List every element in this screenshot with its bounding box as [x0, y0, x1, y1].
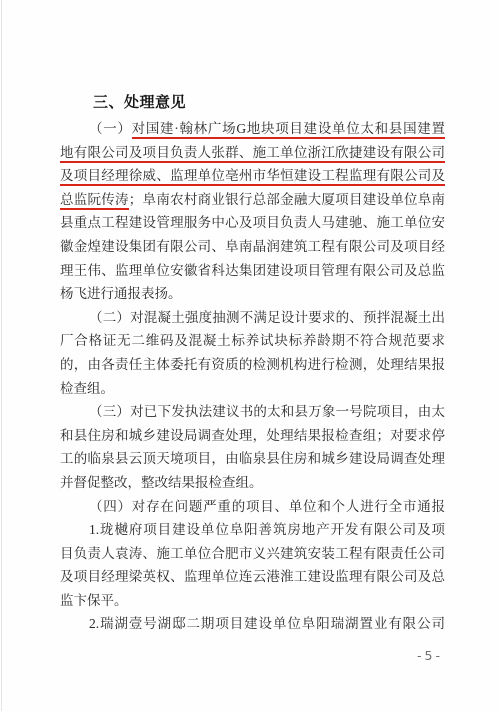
text-segment: 1.珑樾府项目建设单位阜阳善筑房地产开发有限公司及项 — [89, 522, 445, 537]
text-line: 及项目经理梁英权、监理单位连云港淮工建设监理有限公司及总 — [60, 565, 445, 589]
text-line: 监卞保平。 — [60, 589, 445, 613]
text-line: 杨飞进行通报表扬。 — [60, 282, 445, 306]
text-line: 县重点工程建设管理服务中心及项目负责人马建驰、施工单位安 — [60, 211, 445, 235]
red-underlined-text: 及项目经理徐威、监理单位亳州市华恒建设工程监理有限公司及 — [60, 168, 445, 186]
text-line: 并督促整改，整改结果报检查组。 — [60, 471, 445, 495]
text-line: 总监阮传涛；阜南农村商业银行总部金融大厦项目建设单位阜南 — [60, 188, 445, 212]
text-line: 1.珑樾府项目建设单位阜阳善筑房地产开发有限公司及项 — [60, 518, 445, 542]
document-body: （一）对国建·翰林广场G地块项目建设单位太和县国建置地有限公司及项目负责人张群、… — [60, 117, 445, 636]
text-segment: 监卞保平。 — [60, 593, 128, 608]
page-number: -5- — [417, 648, 443, 663]
text-segment: 及项目经理梁英权、监理单位连云港淮工建设监理有限公司及总 — [60, 569, 445, 584]
text-segment: 和县住房和城乡建设局调查处理，处理结果报检查组；对要求停 — [60, 428, 445, 443]
text-line: （三）对已下发执法建议书的太和县万象一号院项目，由太 — [60, 400, 445, 424]
text-segment: 理王伟、监理单位安徽省科达集团建设项目管理有限公司及总监 — [60, 263, 445, 278]
text-line: 徽金煌建设集团有限公司、阜南晶润建筑工程有限公司及项目经 — [60, 235, 445, 259]
text-line: 检查组。 — [60, 377, 445, 401]
text-line: 工的临泉县云顶天境项目，由临泉县住房和城乡建设局调查处理 — [60, 447, 445, 471]
text-segment: 杨飞进行通报表扬。 — [60, 286, 182, 301]
text-segment: （二）对混凝土强度抽测不满足设计要求的、预拌混凝土出 — [89, 310, 445, 325]
text-line: 厂合格证无二维码及混凝土标养试块标养龄期不符合规范要求 — [60, 329, 445, 353]
text-segment: 工的临泉县云顶天境项目，由临泉县住房和城乡建设局调查处理 — [60, 451, 445, 466]
red-underlined-text: 对国建·翰林广场G地块项目建设单位太和县国建置 — [132, 121, 445, 139]
red-underlined-text: 地有限公司及项目负责人张群、施工单位浙江欣捷建设有限公司 — [60, 145, 445, 163]
text-line: 和县住房和城乡建设局调查处理，处理结果报检查组；对要求停 — [60, 424, 445, 448]
text-segment: 检查组。 — [60, 381, 114, 396]
text-line: 的，由各责任主体委托有资质的检测机构进行检测，处理结果报 — [60, 353, 445, 377]
text-line: 目负责人袁涛、施工单位合肥市义兴建筑安装工程有限责任公司 — [60, 542, 445, 566]
text-line: 理王伟、监理单位安徽省科达集团建设项目管理有限公司及总监 — [60, 259, 445, 283]
text-line: （一）对国建·翰林广场G地块项目建设单位太和县国建置 — [60, 117, 445, 141]
text-segment: ；阜南农村商业银行总部金融大厦项目建设单位阜南 — [129, 192, 445, 207]
text-segment: （三）对已下发执法建议书的太和县万象一号院项目，由太 — [89, 404, 445, 419]
text-segment: 县重点工程建设管理服务中心及项目负责人马建驰、施工单位安 — [60, 215, 445, 230]
text-line: （二）对混凝土强度抽测不满足设计要求的、预拌混凝土出 — [60, 306, 445, 330]
text-segment: （一） — [89, 121, 132, 136]
text-line: 及项目经理徐威、监理单位亳州市华恒建设工程监理有限公司及 — [60, 164, 445, 188]
text-segment: 并督促整改，整改结果报检查组。 — [60, 475, 263, 490]
red-underlined-text: 总监阮传涛 — [60, 192, 129, 210]
scanned-document-page: 三、处理意见 （一）对国建·翰林广场G地块项目建设单位太和县国建置地有限公司及项… — [0, 0, 500, 711]
text-segment: 目负责人袁涛、施工单位合肥市义兴建筑安装工程有限责任公司 — [60, 546, 445, 561]
text-segment: （四）对存在问题严重的项目、单位和个人进行全市通报 — [89, 499, 445, 514]
text-segment: 厂合格证无二维码及混凝土标养试块标养龄期不符合规范要求 — [60, 333, 445, 348]
text-line: （四）对存在问题严重的项目、单位和个人进行全市通报 — [60, 495, 445, 519]
scan-edge-artifact — [1, 0, 2, 711]
text-line: 2.瑞湖壹号湖邸二期项目建设单位阜阳瑞湖置业有限公司 — [60, 612, 445, 636]
section-heading: 三、处理意见 — [60, 90, 445, 115]
text-segment: 2.瑞湖壹号湖邸二期项目建设单位阜阳瑞湖置业有限公司 — [89, 616, 445, 631]
text-segment: 的，由各责任主体委托有资质的检测机构进行检测，处理结果报 — [60, 357, 445, 372]
text-segment: 徽金煌建设集团有限公司、阜南晶润建筑工程有限公司及项目经 — [60, 239, 445, 254]
text-line: 地有限公司及项目负责人张群、施工单位浙江欣捷建设有限公司 — [60, 141, 445, 165]
